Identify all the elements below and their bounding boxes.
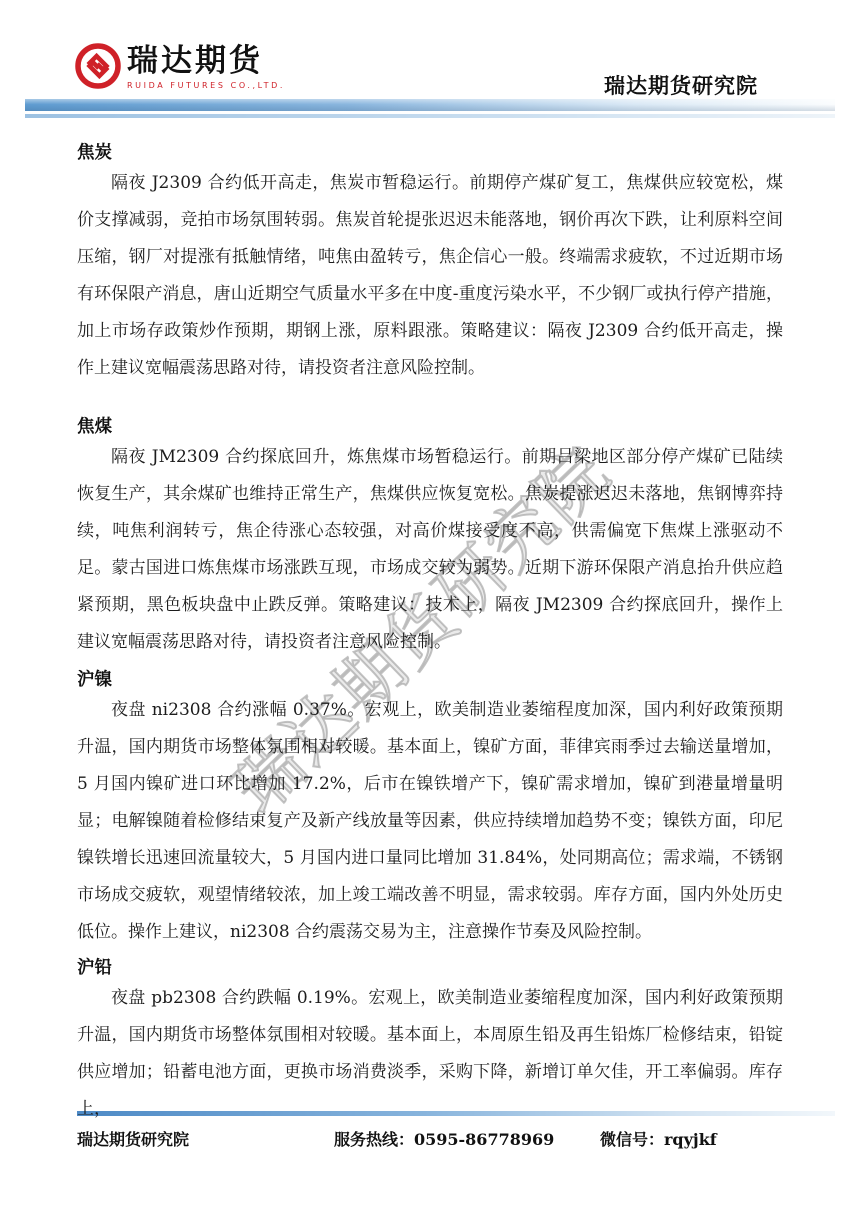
footer-wechat: 微信号：rqyjkf — [600, 1127, 717, 1150]
section-coking-coal-body: 隔夜 JM2309 合约探底回升，炼焦煤市场暂稳运行。前期吕梁地区部分停产煤矿已… — [77, 439, 783, 661]
ruida-logo-icon — [74, 42, 122, 90]
header-divider-line — [25, 114, 835, 118]
section-coke-body: 隔夜 J2309 合约低开高走，焦炭市暂稳运行。前期停产煤矿复工，焦煤供应较宽松… — [77, 165, 783, 387]
section-coking-coal: 焦煤 隔夜 JM2309 合约探底回升，炼焦煤市场暂稳运行。前期吕梁地区部分停产… — [77, 417, 783, 661]
section-nickel: 沪镍 夜盘 ni2308 合约涨幅 0.37%。宏观上，欧美制造业萎缩程度加深，… — [77, 670, 783, 951]
header-divider-bar — [25, 99, 835, 111]
footer-institute: 瑞达期货研究院 — [77, 1127, 189, 1150]
report-page: 瑞达期货 RUIDA FUTURES CO.,LTD. 瑞达期货研究院 瑞达期货… — [0, 0, 860, 1217]
logo-brand-cn: 瑞达期货 — [127, 42, 285, 80]
report-content: 焦炭 隔夜 J2309 合约低开高走，焦炭市暂稳运行。前期停产煤矿复工，焦煤供应… — [77, 130, 783, 1128]
section-coke: 焦炭 隔夜 J2309 合约低开高走，焦炭市暂稳运行。前期停产煤矿复工，焦煤供应… — [77, 143, 783, 387]
section-coke-title: 焦炭 — [77, 143, 783, 163]
header-institute-title: 瑞达期货研究院 — [604, 70, 758, 100]
section-nickel-title: 沪镍 — [77, 670, 783, 690]
section-lead-title: 沪铅 — [77, 958, 783, 978]
section-nickel-body: 夜盘 ni2308 合约涨幅 0.37%。宏观上，欧美制造业萎缩程度加深，国内利… — [77, 692, 783, 951]
section-lead: 沪铅 夜盘 pb2308 合约跌幅 0.19%。宏观上，欧美制造业萎缩程度加深，… — [77, 958, 783, 1128]
footer: 瑞达期货研究院 服务热线：0595-86778969 微信号：rqyjkf — [77, 1127, 783, 1151]
section-coking-coal-title: 焦煤 — [77, 417, 783, 437]
footer-hotline: 服务热线：0595-86778969 — [334, 1127, 554, 1150]
logo-brand-en: RUIDA FUTURES CO.,LTD. — [127, 81, 285, 90]
company-logo: 瑞达期货 RUIDA FUTURES CO.,LTD. — [74, 42, 285, 90]
section-lead-body: 夜盘 pb2308 合约跌幅 0.19%。宏观上，欧美制造业萎缩程度加深，国内利… — [77, 980, 783, 1128]
